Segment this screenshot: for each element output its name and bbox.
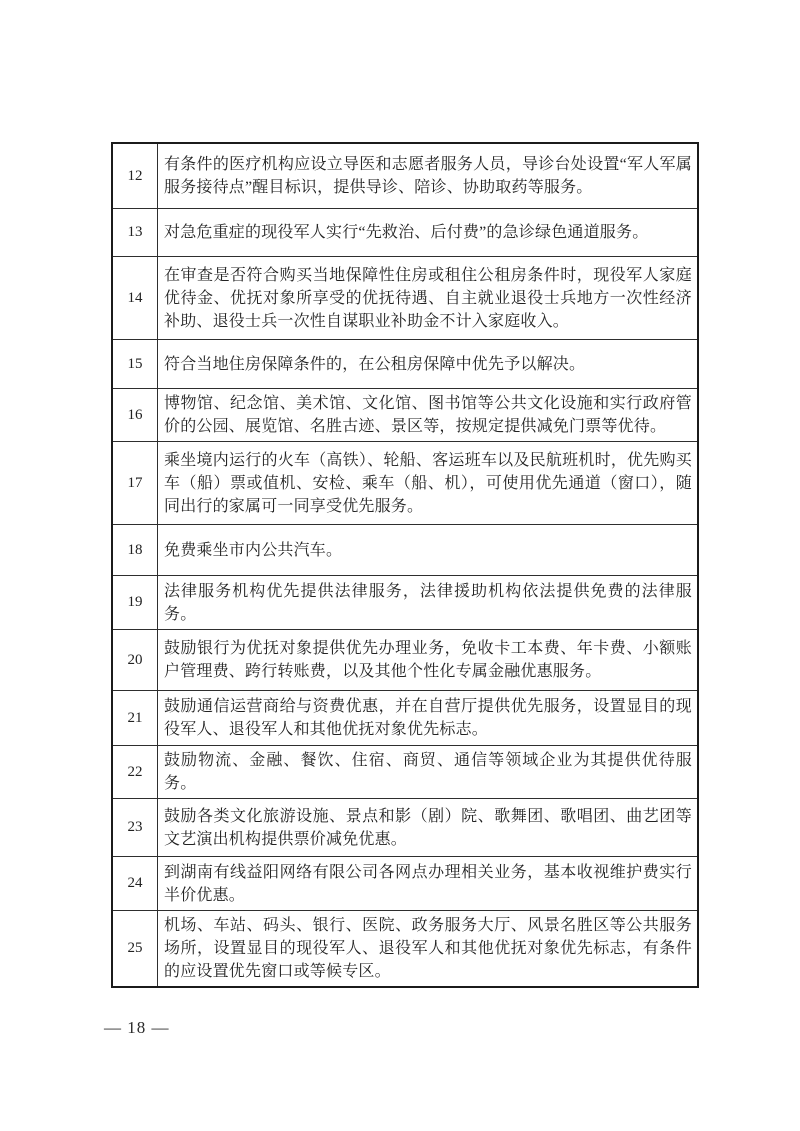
row-text: 免费乘坐市内公共汽车。	[164, 539, 692, 562]
row-number: 25	[113, 911, 158, 986]
row-text: 法律服务机构优先提供法律服务，法律援助机构依法提供免费的法律服务。	[164, 580, 692, 626]
table-row: 14 在审查是否符合购买当地保障性住房或租住公租房条件时，现役军人家庭优待金、优…	[113, 257, 697, 340]
table-row: 13 对急危重症的现役军人实行“先救治、后付费”的急诊绿色通道服务。	[113, 209, 697, 257]
row-number: 23	[113, 799, 158, 856]
row-text: 符合当地住房保障条件的，在公租房保障中优先予以解决。	[164, 353, 692, 376]
row-text-cell: 鼓励各类文化旅游设施、景点和影（剧）院、歌舞团、歌唱团、曲艺团等文艺演出机构提供…	[158, 799, 697, 856]
row-number: 13	[113, 209, 158, 256]
row-number: 12	[113, 144, 158, 208]
row-text: 博物馆、纪念馆、美术馆、文化馆、图书馆等公共文化设施和实行政府管价的公园、展览馆…	[164, 392, 692, 438]
row-number: 16	[113, 389, 158, 441]
page-number: — 18 —	[104, 1018, 170, 1038]
table-row: 18 免费乘坐市内公共汽车。	[113, 525, 697, 576]
row-text-cell: 鼓励银行为优抚对象提供优先办理业务，免收卡工本费、年卡费、小额账户管理费、跨行转…	[158, 630, 697, 690]
table-row: 24 到湖南有线益阳网络有限公司各网点办理相关业务，基本收视维护费实行半价优惠。	[113, 857, 697, 911]
row-text: 有条件的医疗机构应设立导医和志愿者服务人员，导诊台处设置“军人军属服务接待点”醒…	[164, 153, 692, 199]
row-text-cell: 法律服务机构优先提供法律服务，法律援助机构依法提供免费的法律服务。	[158, 576, 697, 629]
row-text-cell: 在审查是否符合购买当地保障性住房或租住公租房条件时，现役军人家庭优待金、优抚对象…	[158, 257, 697, 339]
row-number: 24	[113, 857, 158, 910]
row-text: 到湖南有线益阳网络有限公司各网点办理相关业务，基本收视维护费实行半价优惠。	[164, 861, 692, 907]
row-text-cell: 博物馆、纪念馆、美术馆、文化馆、图书馆等公共文化设施和实行政府管价的公园、展览馆…	[158, 389, 697, 441]
table-row: 23 鼓励各类文化旅游设施、景点和影（剧）院、歌舞团、歌唱团、曲艺团等文艺演出机…	[113, 799, 697, 857]
table-row: 21 鼓励通信运营商给与资费优惠，并在自营厅提供优先服务，设置显目的现役军人、退…	[113, 691, 697, 746]
row-number: 17	[113, 442, 158, 524]
row-text-cell: 到湖南有线益阳网络有限公司各网点办理相关业务，基本收视维护费实行半价优惠。	[158, 857, 697, 910]
table-row: 22 鼓励物流、金融、餐饮、住宿、商贸、通信等领域企业为其提供优待服务。	[113, 746, 697, 799]
table-row: 15 符合当地住房保障条件的，在公租房保障中优先予以解决。	[113, 340, 697, 389]
row-text-cell: 乘坐境内运行的火车（高铁）、轮船、客运班车以及民航班机时，优先购买车（船）票或值…	[158, 442, 697, 524]
table-row: 12 有条件的医疗机构应设立导医和志愿者服务人员，导诊台处设置“军人军属服务接待…	[113, 144, 697, 209]
row-number: 18	[113, 525, 158, 575]
row-text: 机场、车站、码头、银行、医院、政务服务大厅、风景名胜区等公共服务场所，设置显目的…	[164, 914, 692, 983]
row-text-cell: 对急危重症的现役军人实行“先救治、后付费”的急诊绿色通道服务。	[158, 209, 697, 256]
row-text-cell: 免费乘坐市内公共汽车。	[158, 525, 697, 575]
row-number: 19	[113, 576, 158, 629]
row-text: 对急危重症的现役军人实行“先救治、后付费”的急诊绿色通道服务。	[164, 221, 692, 244]
row-text: 乘坐境内运行的火车（高铁）、轮船、客运班车以及民航班机时，优先购买车（船）票或值…	[164, 449, 692, 518]
row-text-cell: 有条件的医疗机构应设立导医和志愿者服务人员，导诊台处设置“军人军属服务接待点”醒…	[158, 144, 697, 208]
row-text: 鼓励各类文化旅游设施、景点和影（剧）院、歌舞团、歌唱团、曲艺团等文艺演出机构提供…	[164, 805, 692, 851]
table-row: 17 乘坐境内运行的火车（高铁）、轮船、客运班车以及民航班机时，优先购买车（船）…	[113, 442, 697, 525]
table-row: 19 法律服务机构优先提供法律服务，法律援助机构依法提供免费的法律服务。	[113, 576, 697, 630]
row-number: 21	[113, 691, 158, 745]
benefits-table: 12 有条件的医疗机构应设立导医和志愿者服务人员，导诊台处设置“军人军属服务接待…	[111, 142, 699, 988]
table-row: 25 机场、车站、码头、银行、医院、政务服务大厅、风景名胜区等公共服务场所，设置…	[113, 911, 697, 986]
table-row: 20 鼓励银行为优抚对象提供优先办理业务，免收卡工本费、年卡费、小额账户管理费、…	[113, 630, 697, 691]
row-text-cell: 机场、车站、码头、银行、医院、政务服务大厅、风景名胜区等公共服务场所，设置显目的…	[158, 911, 697, 986]
row-text: 鼓励银行为优抚对象提供优先办理业务，免收卡工本费、年卡费、小额账户管理费、跨行转…	[164, 637, 692, 683]
row-number: 20	[113, 630, 158, 690]
row-number: 15	[113, 340, 158, 388]
row-text-cell: 鼓励通信运营商给与资费优惠，并在自营厅提供优先服务，设置显目的现役军人、退役军人…	[158, 691, 697, 745]
row-text-cell: 鼓励物流、金融、餐饮、住宿、商贸、通信等领域企业为其提供优待服务。	[158, 746, 697, 798]
row-number: 22	[113, 746, 158, 798]
row-number: 14	[113, 257, 158, 339]
row-text-cell: 符合当地住房保障条件的，在公租房保障中优先予以解决。	[158, 340, 697, 388]
row-text: 在审查是否符合购买当地保障性住房或租住公租房条件时，现役军人家庭优待金、优抚对象…	[164, 264, 692, 333]
table-row: 16 博物馆、纪念馆、美术馆、文化馆、图书馆等公共文化设施和实行政府管价的公园、…	[113, 389, 697, 442]
row-text: 鼓励物流、金融、餐饮、住宿、商贸、通信等领域企业为其提供优待服务。	[164, 749, 692, 795]
row-text: 鼓励通信运营商给与资费优惠，并在自营厅提供优先服务，设置显目的现役军人、退役军人…	[164, 695, 692, 741]
